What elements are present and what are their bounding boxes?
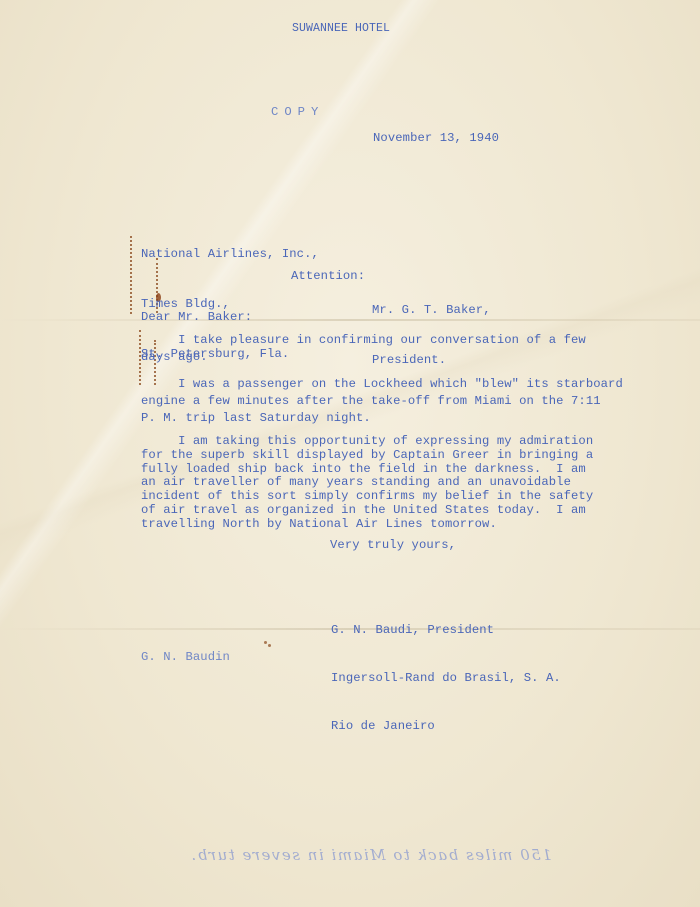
address-line: National Airlines, Inc.,: [141, 246, 319, 263]
copy-mark: COPY: [271, 104, 324, 121]
letter-paper: SUWANNEE HOTEL COPY November 13, 1940 Na…: [0, 0, 700, 907]
ink-spot: [264, 641, 267, 644]
reverse-handwriting-bleed: 150 miles back to Miami in severe turb.: [190, 846, 552, 864]
closing: Very truly yours,: [330, 537, 456, 554]
letter-date: November 13, 1940: [373, 130, 499, 147]
staple-rust-stain: [130, 236, 135, 314]
recipient-address: National Airlines, Inc., Times Bldg., St…: [141, 212, 319, 397]
signature-line: G. N. Baudi, President: [331, 622, 561, 638]
paper-fold-line: [0, 319, 700, 321]
attention-line: Mr. G. T. Baker,: [372, 302, 491, 319]
signature-line: Ingersoll-Rand do Brasil, S. A.: [331, 670, 561, 686]
body-paragraph: I am taking this opportunity of expressi…: [141, 435, 593, 532]
salutation: Dear Mr. Baker:: [141, 309, 252, 326]
body-paragraph: I take pleasure in confirming our conver…: [141, 332, 586, 366]
letterhead: SUWANNEE HOTEL: [292, 21, 390, 38]
signature-line: Rio de Janeiro: [331, 718, 561, 734]
signature-block: G. N. Baudi, President Ingersoll-Rand do…: [331, 590, 561, 766]
ink-spot: [268, 644, 271, 647]
copy-signature: G. N. Baudin: [141, 649, 230, 666]
attention-label: Attention:: [291, 268, 365, 285]
body-paragraph: I was a passenger on the Lockheed which …: [141, 376, 623, 426]
